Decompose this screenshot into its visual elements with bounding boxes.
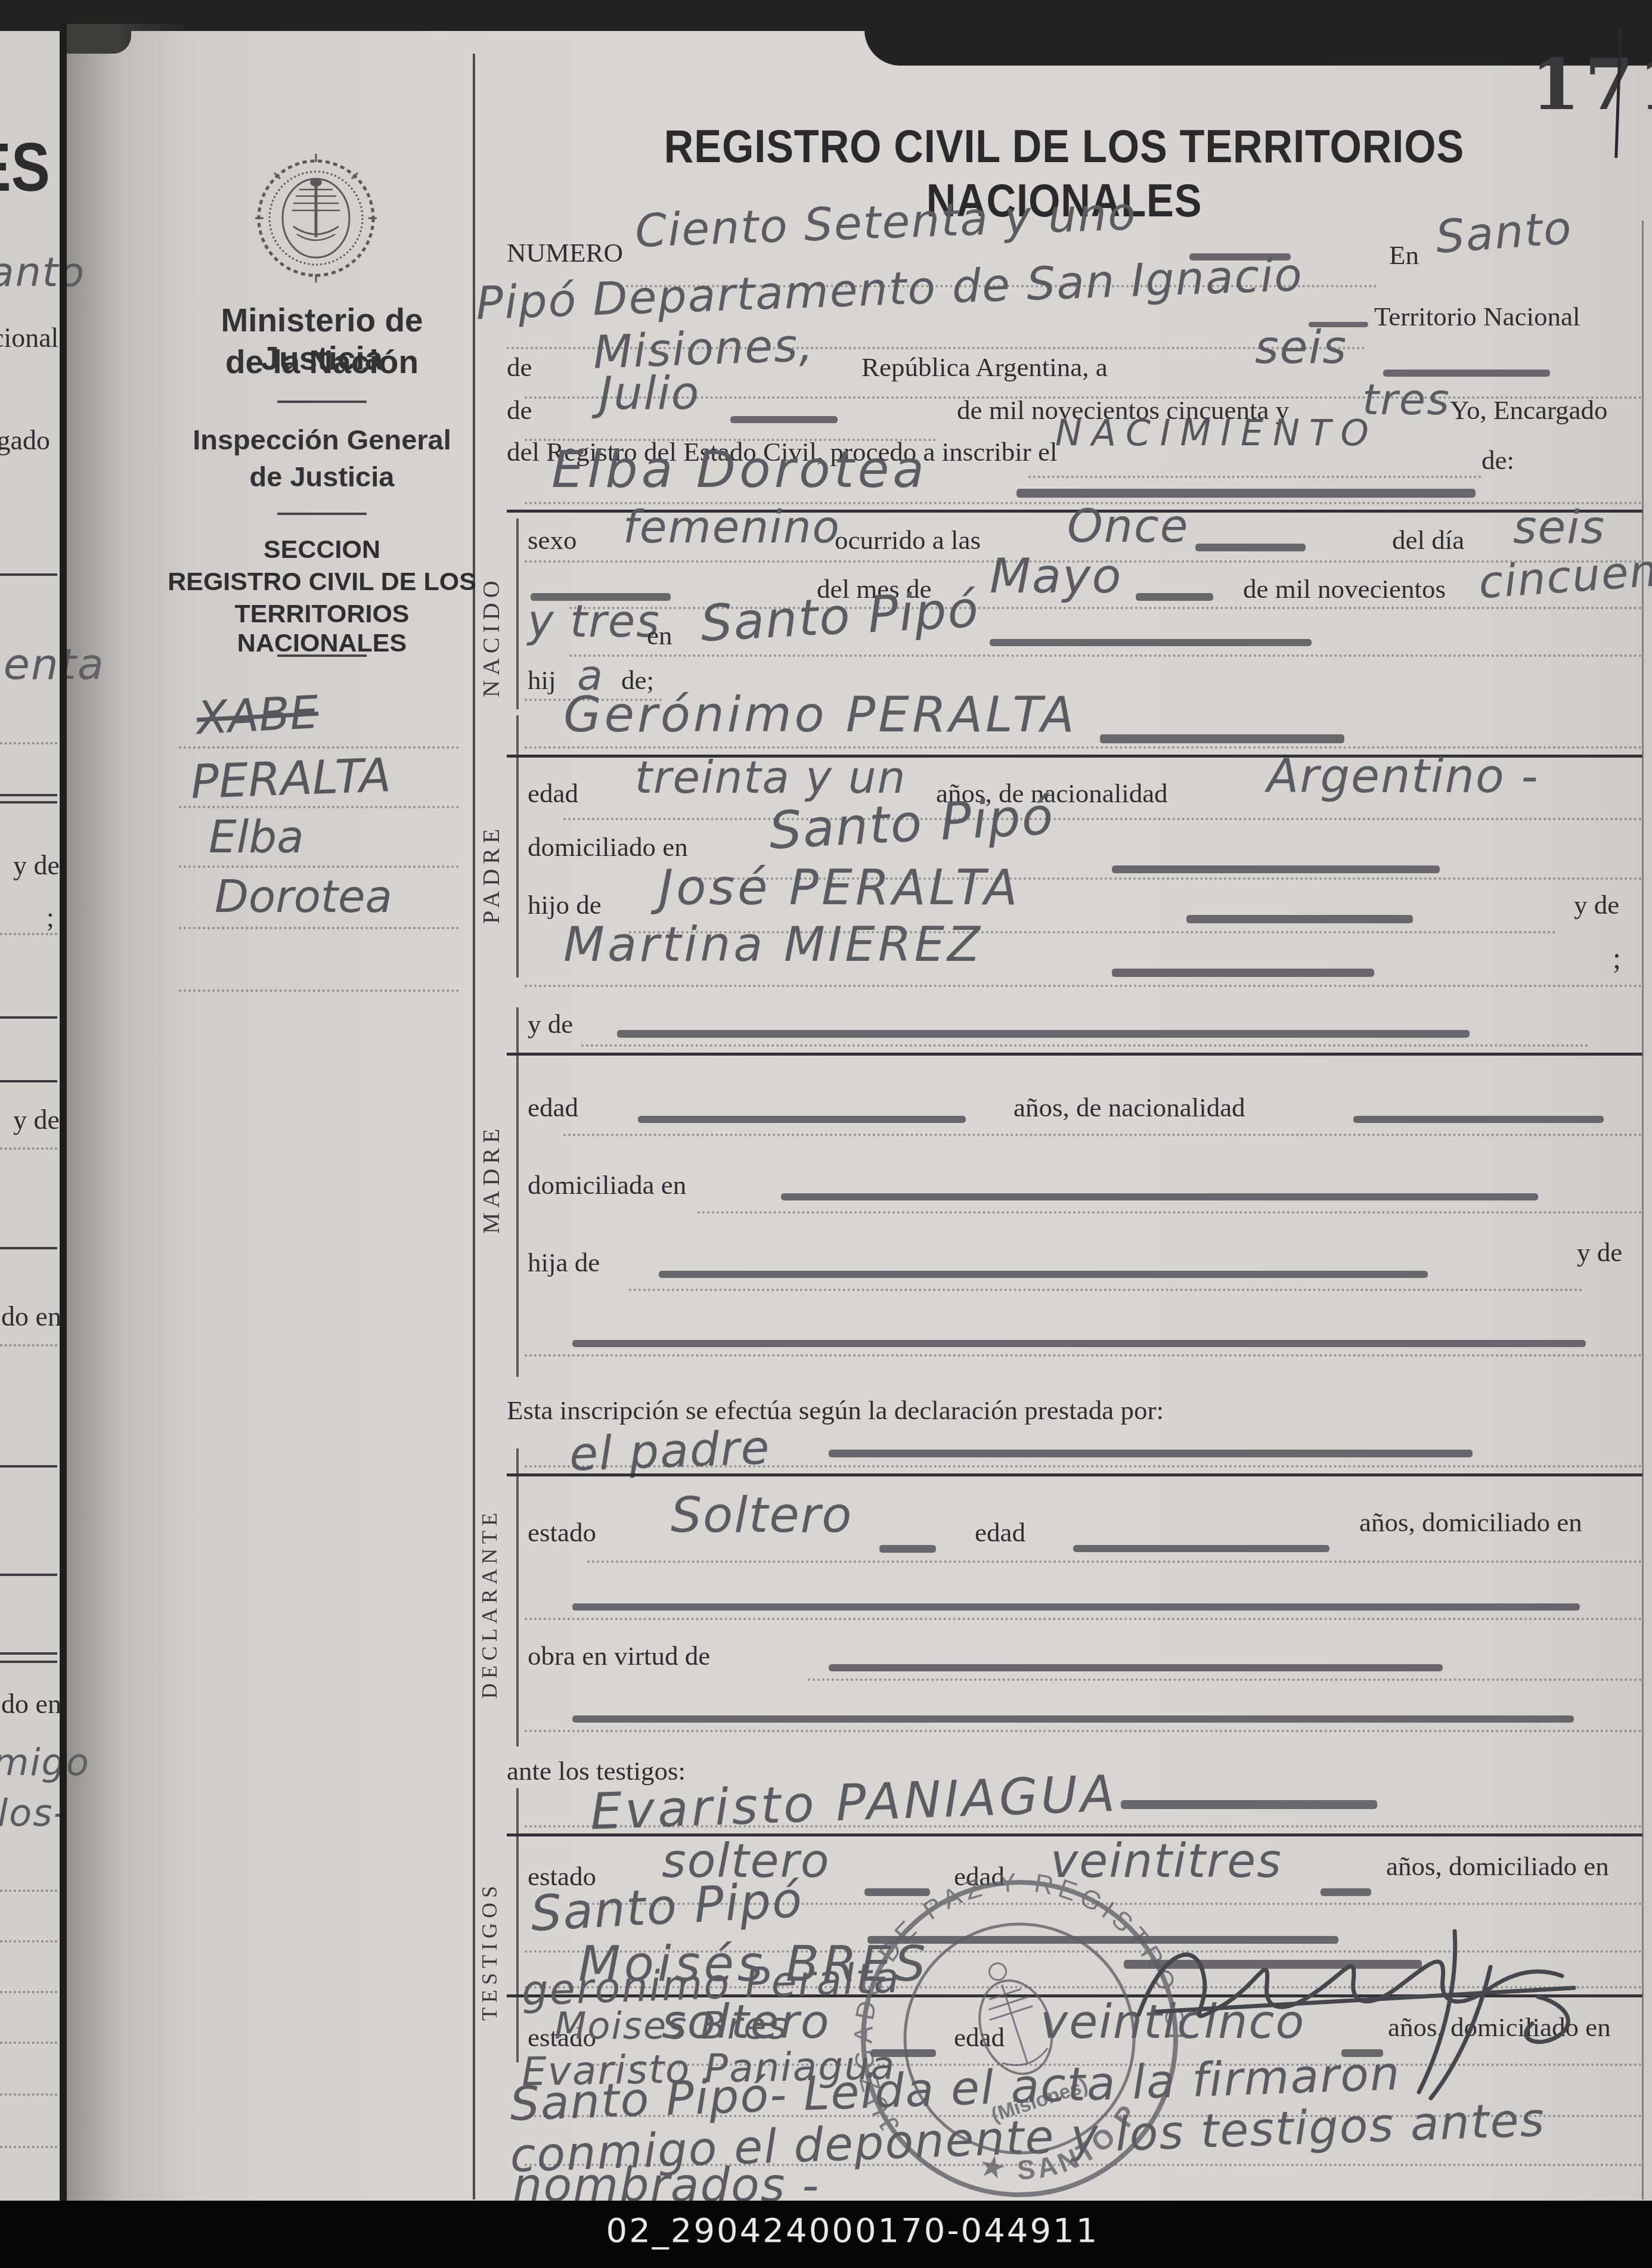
- fill-line: [525, 746, 1642, 749]
- inspection-line1: Inspección General: [173, 423, 471, 456]
- prev-page-rule: [0, 1652, 57, 1655]
- ink-dash: [1016, 489, 1476, 498]
- section-label-nacido: NACIDO: [477, 525, 505, 697]
- section-label-padre: PADRE: [477, 757, 505, 924]
- prev-page-rule: [0, 1465, 57, 1467]
- ink-dash: [1186, 915, 1413, 923]
- padre-fin-punto: ;: [1613, 941, 1621, 975]
- ink-dash: [990, 639, 1312, 646]
- day-value: seis: [1255, 321, 1347, 374]
- margin-note-surname: PERALTA: [190, 749, 392, 809]
- fill-line: [525, 1618, 1642, 1620]
- lugar-value: Santo Pipó: [699, 580, 981, 653]
- archive-code: 02_290424000170-044911: [0, 2211, 1652, 2250]
- section-label-testigos: TESTIGOS: [477, 1824, 502, 2021]
- fill-line: [581, 1044, 1589, 1047]
- ink-dash: [572, 1340, 1586, 1347]
- declarante-por-value: el padre: [569, 1421, 771, 1482]
- prev-page-header-fragment: ES: [0, 128, 50, 207]
- padre-nacionalidad-value: Argentino -: [1267, 750, 1539, 803]
- ink-dash: [659, 1271, 1428, 1278]
- inscrito-nombre: Elba Dorotea: [551, 440, 928, 499]
- prev-page-dotted: [0, 933, 57, 935]
- prev-page-print-fragment: do en: [1, 1301, 61, 1332]
- fill-line: [525, 1825, 1642, 1828]
- en-label: En: [1389, 240, 1419, 271]
- registrar-signature: [1121, 1895, 1610, 2110]
- fill-line: [698, 1211, 1642, 1214]
- hijo-label: hij: [528, 665, 556, 696]
- sexo-value: femenino: [623, 502, 841, 553]
- inspection-line2: de Justicia: [173, 460, 471, 493]
- prev-page-dotted: [0, 742, 57, 744]
- ink-dash: [829, 1664, 1443, 1671]
- anio-value-1: cincuenta: [1477, 542, 1652, 609]
- declarante-intro: Esta inscripción se efectúa según la dec…: [507, 1395, 1164, 1426]
- madre-yde2-label: y de: [1577, 1237, 1622, 1268]
- dia-value: seis: [1513, 501, 1605, 554]
- section-bracket: [516, 1788, 519, 2062]
- section-label-declarante: DECLARANTE: [477, 1472, 502, 1699]
- fill-line: [569, 654, 1642, 657]
- margin-dotted-line: [179, 989, 459, 992]
- prev-page-rule: [0, 1661, 57, 1663]
- declarante-estado-value: Soltero: [671, 1487, 853, 1544]
- fill-line: [808, 1678, 1642, 1681]
- prev-page-print-fragment: do en: [1, 1688, 61, 1720]
- mes-value: Mayo: [990, 548, 1122, 604]
- padre-yde-label: y de: [1574, 889, 1619, 920]
- section-bracket: [516, 1448, 519, 1746]
- scanned-civil-registry-page: ES anto cional rgado uenta y de ; y de d…: [0, 0, 1652, 2268]
- padre-domicilio-label: domiciliado en: [528, 832, 688, 862]
- madre-nacionalidad-label: años, de nacionalidad: [1013, 1092, 1245, 1123]
- acto-value: NACIMIENTO: [1055, 412, 1378, 454]
- book-gutter-shadow: [67, 24, 186, 2202]
- section-bracket: [516, 519, 519, 709]
- sexo-label: sexo: [528, 525, 577, 556]
- fill-line: [563, 1134, 1642, 1136]
- sidebar-divider: [277, 654, 367, 657]
- ink-dash: [781, 1193, 1538, 1200]
- place-value-1: Santo: [1434, 201, 1574, 263]
- section-line2: REGISTRO CIVIL DE LOS: [167, 567, 477, 597]
- fill-line: [525, 985, 1642, 987]
- dia-label: del día: [1392, 525, 1464, 556]
- hora-value: Once: [1067, 499, 1189, 553]
- anio-label: de mil novecientos: [1243, 573, 1446, 604]
- anio-value-2: y tres: [528, 596, 661, 647]
- testigo1-anios-label: años, domiciliado en: [1386, 1851, 1609, 1882]
- ink-dash: [879, 1545, 936, 1553]
- scan-bottom-bar: 02_290424000170-044911: [0, 2201, 1652, 2268]
- month-value: Julio: [599, 367, 700, 420]
- prev-page-dotted: [0, 1940, 57, 1943]
- fill-line: [563, 818, 1642, 820]
- padre-hijo-label: hijo de: [528, 889, 602, 920]
- book-gutter-line: [60, 24, 67, 2202]
- fill-line: [525, 1354, 1642, 1357]
- section-line3: TERRITORIOS NACIONALES: [167, 600, 477, 658]
- firma-testigo1: Evaristo Paniagua: [521, 2043, 896, 2095]
- margin-note-given1: Elba: [209, 812, 304, 863]
- en-label-nacido: en: [647, 620, 672, 651]
- ink-dash: [617, 1030, 1470, 1038]
- margin-note-given2: Dorotea: [215, 871, 392, 923]
- obra-label: obra en virtud de: [528, 1640, 710, 1671]
- abuela-paterna: Martina MIEREZ: [563, 917, 983, 972]
- ink-dash: [829, 1450, 1473, 1457]
- section-rule: [507, 1053, 1642, 1056]
- fill-line: [525, 1730, 1642, 1732]
- prev-page-rule: [0, 801, 57, 803]
- section-bracket: [516, 1007, 519, 1377]
- margin-dotted-line: [179, 927, 459, 929]
- madre-edad-label: edad: [528, 1092, 578, 1123]
- margin-dotted-line: [179, 746, 459, 749]
- republica-label: República Argentina, a: [861, 352, 1108, 383]
- ink-dash: [1121, 1800, 1377, 1809]
- padre-nombre: Gerónimo PERALTA: [563, 687, 1077, 743]
- declarante-anios-label: años, domiciliado en: [1359, 1507, 1582, 1538]
- prev-page-print-fragment: y de: [13, 849, 60, 881]
- ink-dash: [1100, 734, 1344, 743]
- margin-note-crossed-word: XABE: [196, 685, 320, 745]
- ink-dash: [730, 416, 838, 423]
- fill-line: [1028, 476, 1481, 478]
- prev-page-rule: [0, 1574, 57, 1576]
- ink-dash: [1112, 969, 1374, 977]
- prev-page-rule: [0, 573, 57, 576]
- coat-of-arms-emblem: [250, 148, 382, 297]
- prev-page-rule: [0, 1080, 57, 1082]
- ink-dash: [572, 1715, 1574, 1723]
- ocurrido-label: ocurrido a las: [835, 525, 981, 556]
- abuelo-paterno: José PERALTA: [659, 860, 1021, 916]
- ink-dash: [572, 1603, 1580, 1611]
- firma-testigo2: Moises Bres: [554, 2004, 788, 2047]
- form-left-border: [473, 54, 475, 2199]
- ink-dash: [1353, 1116, 1604, 1123]
- prev-page-rule: [0, 794, 57, 796]
- sidebar-divider: [277, 513, 367, 515]
- page-number: 171: [1531, 43, 1652, 126]
- madre-yde-label: y de: [528, 1009, 573, 1040]
- prev-page-rule: [0, 1247, 57, 1249]
- ink-dash: [1195, 544, 1306, 551]
- sidebar-divider: [277, 401, 367, 403]
- yo-encargado-label: Yo, Encargado: [1450, 395, 1608, 426]
- prev-page-dotted: [0, 1147, 57, 1150]
- fill-line: [587, 1560, 1642, 1563]
- prev-page-hw-fragment: los-: [0, 1791, 68, 1835]
- prev-page-rule: [0, 1016, 57, 1019]
- prev-page-dotted: [0, 1344, 57, 1346]
- fill-line: [525, 1465, 1642, 1467]
- section-label-madre: MADRE: [477, 1067, 505, 1234]
- prev-page-dotted: [0, 2041, 57, 2044]
- de-label-2: de: [507, 395, 532, 426]
- declarante-edad-label: edad: [975, 1517, 1025, 1548]
- fill-line: [629, 1289, 1583, 1291]
- prev-page-print-fragment: cional: [0, 322, 58, 353]
- section-rule: [507, 1473, 1642, 1476]
- padre-edad-label: edad: [528, 778, 578, 809]
- de-label-3: de:: [1481, 445, 1514, 476]
- prev-page-dotted: [0, 2146, 57, 2148]
- territorio-label: Territorio Nacional: [1374, 301, 1580, 332]
- de-label-1: de: [507, 352, 532, 383]
- prev-page-print-fragment: y de: [13, 1104, 60, 1135]
- prev-page-print-fragment: rgado: [0, 424, 50, 456]
- declarante-estado-label: estado: [528, 1517, 596, 1548]
- section-line1: SECCION: [173, 535, 471, 564]
- madre-domicilio-label: domiciliada en: [528, 1169, 686, 1200]
- stamp-center-text: (Misiones): [988, 2074, 1091, 2127]
- prev-page-print-fragment: ;: [47, 901, 54, 933]
- ink-dash: [1073, 1545, 1329, 1552]
- prev-page-dotted: [0, 2093, 57, 2096]
- ink-dash: [1136, 593, 1213, 601]
- ministry-name-line2: de la Nación: [173, 343, 471, 381]
- margin-dotted-line: [179, 865, 459, 868]
- ink-dash: [1112, 865, 1440, 873]
- ink-dash: [638, 1116, 966, 1123]
- prev-page-dotted: [0, 1890, 57, 1892]
- margin-dotted-line: [179, 806, 459, 808]
- numero-label: NUMERO: [507, 237, 623, 268]
- prev-page-dotted: [0, 1991, 57, 1993]
- madre-hija-label: hija de: [528, 1247, 600, 1278]
